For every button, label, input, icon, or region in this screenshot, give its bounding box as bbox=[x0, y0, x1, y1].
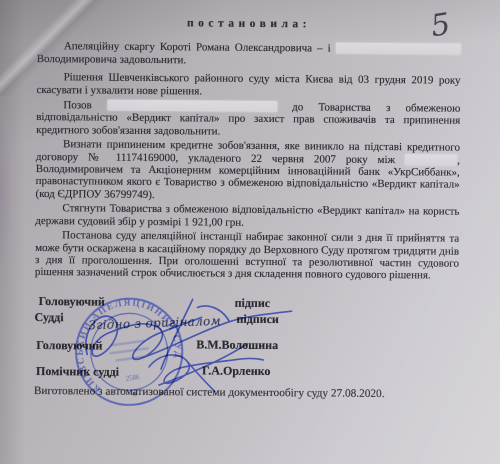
signature-stroke bbox=[197, 306, 229, 322]
paragraph-court-fee: Стягнути Товариства з обмеженою відповід… bbox=[35, 202, 459, 231]
redaction-box-3 bbox=[405, 154, 457, 165]
paragraph-appeal-post: Володимировича задовольнити. bbox=[37, 53, 187, 66]
resolution-heading: постановила: bbox=[37, 16, 461, 32]
paragraph-credit-termination: Визнати припиненим кредитне зобов'язання… bbox=[36, 138, 461, 204]
assistant-judge-signature-icon bbox=[135, 337, 271, 396]
document-photo: 5 постановила: Апеляційну скаргу Короті … bbox=[0, 0, 500, 464]
paragraph-appeal-procedure: Постанова суду апеляційної інстанції наб… bbox=[35, 229, 459, 282]
paragraph-claim: Позов до Товариства з обмеженою відповід… bbox=[36, 99, 460, 140]
redaction-box-1 bbox=[336, 43, 461, 55]
signature-stroke bbox=[187, 361, 215, 391]
signature-stroke bbox=[149, 355, 263, 384]
paragraph-credit-pre: Визнати припиненим кредитне зобов'язання… bbox=[36, 138, 460, 165]
redaction-box-2 bbox=[107, 100, 277, 112]
resolution-body: постановила: Апеляційну скаргу Короті Ро… bbox=[35, 16, 461, 284]
paragraph-overturn: Рішення Шевченківського районного суду м… bbox=[36, 71, 460, 100]
paragraph-appeal: Апеляційну скаргу Короті Романа Олександ… bbox=[37, 40, 461, 69]
paragraph-claim-pre: Позов bbox=[63, 99, 92, 111]
